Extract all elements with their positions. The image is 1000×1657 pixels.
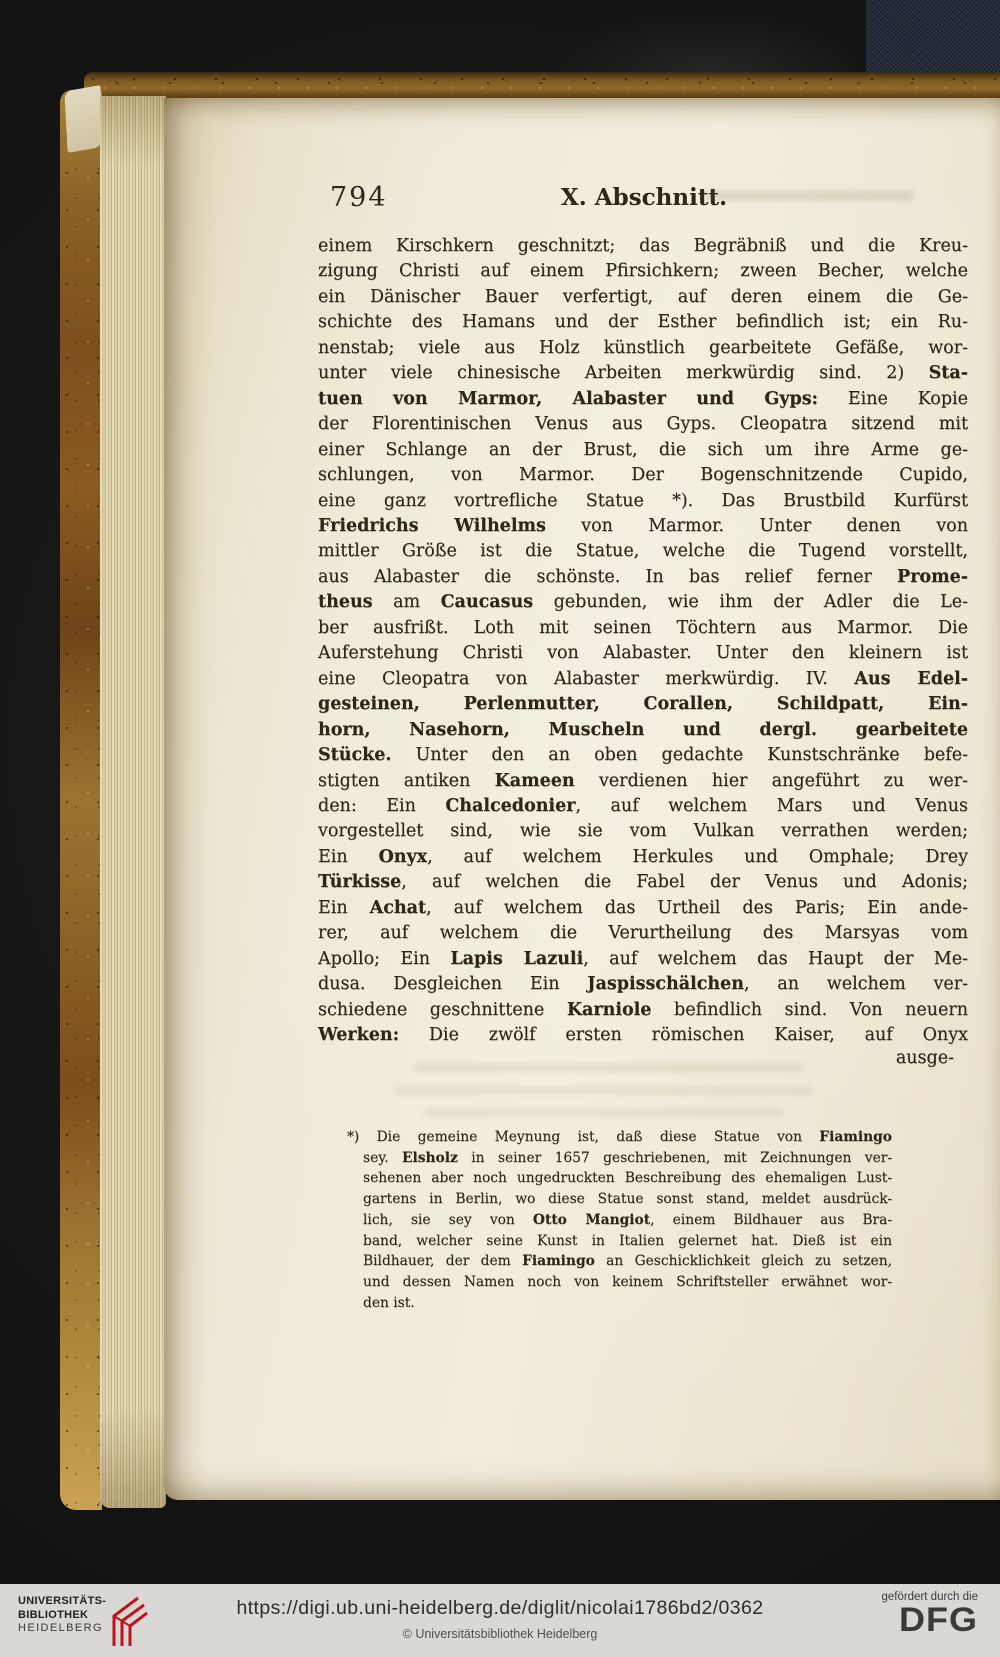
text-line: und dessen Namen noch von keinem Schrift…: [363, 1272, 892, 1293]
text-line: Friedrichs Wilhelms von Marmor. Unter de…: [318, 514, 968, 539]
text-line: theus am Caucasus gebunden, wie ihm der …: [318, 590, 968, 615]
book-page: 794 X. Abschnitt. einem Kirschkern gesch…: [164, 98, 1000, 1500]
text-line: den: Ein Chalcedonier, auf welchem Mars …: [318, 794, 968, 819]
text-line: sehenen aber noch ungedruckten Beschreib…: [363, 1168, 892, 1189]
footnote: *) Die gemeine Meynung ist, daß diese St…: [347, 1127, 892, 1313]
cover-paper-corner: [64, 85, 103, 153]
text-line: *) Die gemeine Meynung ist, daß diese St…: [363, 1127, 892, 1148]
text-line: Ein Achat, auf welchem das Urtheil des P…: [318, 896, 968, 921]
text-line: Auferstehung Christi von Alabaster. Unte…: [318, 641, 968, 666]
page-block-fore-edge: [100, 96, 166, 1508]
text-line: Türkisse, auf welchen die Fabel der Venu…: [318, 870, 968, 895]
bleed-through-smudge: [394, 1086, 814, 1095]
text-line: band, welcher seine Kunst in Italien gel…: [363, 1231, 892, 1252]
viewer-footer-bar: UNIVERSITÄTS- BIBLIOTHEK HEIDELBERG http…: [0, 1584, 1000, 1657]
document-url: https://digi.ub.uni-heidelberg.de/diglit…: [236, 1597, 763, 1620]
text-line: schiedene geschnittene Karniole befindli…: [318, 998, 968, 1023]
text-line: einer Schlange an der Brust, die sich um…: [318, 438, 968, 463]
text-line: lich, sie sey von Otto Mangiot, einem Bi…: [363, 1210, 892, 1231]
library-book-icon: [102, 1590, 148, 1655]
text-line: horn, Nasehorn, Muscheln und dergl. gear…: [318, 718, 968, 743]
bleed-through-smudge: [424, 1108, 784, 1117]
text-line: zigung Christi auf einem Pfirsichkern; z…: [318, 259, 968, 284]
text-line: ein Dänischer Bauer verfertigt, auf dere…: [318, 285, 968, 310]
bleed-through-smudge: [704, 190, 914, 201]
text-line: der Florentinischen Venus aus Gyps. Cleo…: [318, 412, 968, 437]
book-spine-edge: [60, 90, 102, 1510]
body-text: einem Kirschkern geschnitzt; das Begräbn…: [318, 234, 968, 1049]
text-line: den ist.: [363, 1293, 892, 1314]
copyright-text: © Universitätsbibliothek Heidelberg: [403, 1627, 598, 1641]
text-line: dusa. Desgleichen Ein Jaspisschälchen, a…: [318, 972, 968, 997]
text-line: eine ganz vortrefliche Statue *). Das Br…: [318, 489, 968, 514]
text-line: stigten antiken Kameen verdienen hier an…: [318, 769, 968, 794]
funding-block: gefördert durch die DFG: [881, 1591, 978, 1637]
scanned-book-photo: 794 X. Abschnitt. einem Kirschkern gesch…: [0, 0, 1000, 1657]
library-name-line2: BIBLIOTHEK: [18, 1609, 106, 1623]
library-name-line1: UNIVERSITÄTS-: [18, 1595, 106, 1609]
text-line: nenstab; viele aus Holz künstlich gearbe…: [318, 336, 968, 361]
text-line: unter viele chinesische Arbeiten merkwür…: [318, 361, 968, 386]
dfg-logo: DFG: [881, 1603, 978, 1636]
page-number: 794: [330, 182, 388, 213]
text-line: schlungen, von Marmor. Der Bogenschnitze…: [318, 463, 968, 488]
text-line: Bildhauer, der dem Fiamingo an Geschickl…: [363, 1251, 892, 1272]
text-line: Werken: Die zwölf ersten römischen Kaise…: [318, 1023, 968, 1048]
text-line: sey. Elsholz in seiner 1657 geschriebene…: [363, 1148, 892, 1169]
catchword: ausge-: [318, 1048, 968, 1068]
text-line: ber ausfrißt. Loth mit seinen Töchtern a…: [318, 616, 968, 641]
text-line: aus Alabaster die schönste. In bas relie…: [318, 565, 968, 590]
text-line: vorgestellet sind, wie sie vom Vulkan ve…: [318, 819, 968, 844]
text-line: Stücke. Unter den an oben gedachte Kunst…: [318, 743, 968, 768]
section-title: X. Abschnitt.: [561, 184, 727, 211]
text-line: mittler Größe ist die Statue, welche die…: [318, 539, 968, 564]
text-line: rer, auf welchem die Verurtheilung des M…: [318, 921, 968, 946]
text-line: Ein Onyx, auf welchem Herkules und Ompha…: [318, 845, 968, 870]
text-line: gartens in Berlin, wo diese Statue sonst…: [363, 1189, 892, 1210]
text-line: Apollo; Ein Lapis Lazuli, auf welchem da…: [318, 947, 968, 972]
book-cover-shadow: [520, 0, 900, 76]
text-line: einem Kirschkern geschnitzt; das Begräbn…: [318, 234, 968, 259]
library-logo-text: UNIVERSITÄTS- BIBLIOTHEK HEIDELBERG: [18, 1595, 106, 1636]
text-line: eine Cleopatra von Alabaster merkwürdig.…: [318, 667, 968, 692]
text-line: tuen von Marmor, Alabaster und Gyps: Ein…: [318, 387, 968, 412]
text-line: schichte des Hamans und der Esther befin…: [318, 310, 968, 335]
text-line: gesteinen, Perlenmutter, Corallen, Schil…: [318, 692, 968, 717]
library-name-line3: HEIDELBERG: [18, 1622, 106, 1636]
